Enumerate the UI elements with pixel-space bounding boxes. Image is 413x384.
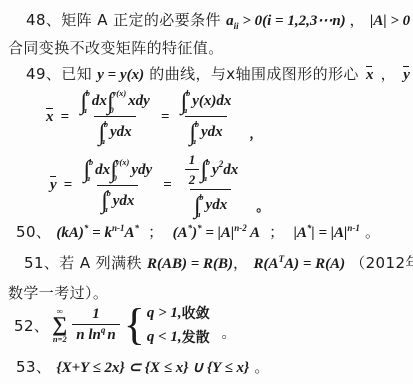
integrand: dx — [92, 93, 107, 110]
numerator: ∫ba y(x)dx — [176, 88, 235, 116]
integral: ∫y(x)0 — [107, 88, 126, 115]
equals-sign: = — [161, 109, 170, 126]
lower-limit: a — [86, 174, 93, 183]
item-53-number: 53、 — [16, 358, 51, 376]
item-52-line: 52、 ∞ ∑ n=2 1 n lnqn { q > 1,收敛 q < 1,发散… — [14, 303, 236, 347]
summation: ∞ ∑ n=2 — [52, 307, 67, 344]
upper-limit: b — [107, 189, 111, 198]
separator-comma: ， — [349, 11, 364, 29]
math-var-x: x — [366, 67, 374, 83]
lower-limit: 0 — [109, 106, 126, 115]
fraction-1: ∫ba dx ∫y(x)0 ydy ∫ba ydx — [79, 157, 156, 215]
case-1-label: 收敛 — [182, 303, 210, 323]
integrand: dx — [223, 162, 238, 179]
half-denominator: 2 — [185, 169, 200, 188]
item-51-text: 51、若 A 列满秩 — [24, 254, 142, 272]
case-converge: q > 1,收敛 — [147, 303, 210, 323]
integral: ∫ba — [180, 88, 190, 115]
exp-n-2: n-2 — [234, 223, 247, 233]
item-48-text: 48、矩阵 A 正定的必要条件 — [26, 11, 221, 29]
item-51-line-1: 51、若 A 列满秩 R(AB) = R(B)， R(ATA) = R(A) （… — [24, 252, 413, 273]
math-var-x: x — [46, 109, 54, 125]
integrand: ydy — [131, 162, 152, 179]
denominator: ∫ba ydx — [185, 116, 227, 146]
lower-limit: a — [83, 106, 90, 115]
item-48-text-2: 合同变换不改变矩阵的特征值。 — [8, 39, 224, 57]
math-aii-rest: > 0(i = 1,2,3⋯n) — [242, 13, 345, 29]
equals-sign: = — [64, 177, 73, 194]
item-48-line-2: 合同变换不改变矩阵的特征值。 — [8, 37, 224, 58]
numerator: 1 2 ∫ba y2dx — [179, 152, 243, 189]
math-RA: R(A — [254, 256, 279, 272]
cases-brace: { — [124, 306, 145, 343]
integral-limits: ba — [104, 119, 108, 146]
upper-limit: y(x) — [116, 158, 130, 167]
item-52-number: 52、 — [14, 315, 49, 336]
fraction-2: 1 2 ∫ba y2dx ∫ba ydx — [179, 152, 243, 219]
upper-limit: b — [206, 158, 210, 167]
math-event-sets: {X+Y ≤ 2x} ⊂ {X ≤ x} ∪ {Y ≤ x} — [56, 360, 249, 376]
fraction-1: ∫ba dx ∫y(x)0 xdy ∫ba ydx — [76, 88, 154, 146]
integrand: y — [212, 162, 219, 179]
equals-sign: = — [61, 109, 70, 126]
integral: ∫ba — [200, 157, 210, 184]
item-53-line: 53、 {X+Y ≤ 2x} ⊂ {X ≤ x} ∪ {Y ≤ x} 。 — [16, 356, 270, 377]
item-48-line-1: 48、矩阵 A 正定的必要条件 aii > 0(i = 1,2,3⋯n) ， |… — [26, 9, 413, 30]
integrand: xdy — [128, 93, 150, 110]
case-2-condition: q < 1, — [147, 329, 182, 346]
integral: ∫ba — [83, 157, 93, 184]
item-51-text-2: 数学一考过）。 — [8, 284, 108, 302]
integral-limits: ba — [195, 119, 199, 146]
item-51-year: （2012年 — [350, 254, 413, 272]
trailing-period: 。 — [256, 196, 269, 215]
item-49-text: 49、已知 — [26, 65, 92, 83]
upper-limit: b — [89, 158, 93, 167]
upper-limit: b — [86, 89, 90, 98]
math-rank-1: R(AB) = R(B) — [147, 256, 233, 272]
exp-n-1: n-1 — [112, 223, 125, 233]
separator-semicolon: ； — [148, 223, 163, 241]
lower-limit: a — [104, 205, 111, 214]
trailing-comma: ， — [249, 123, 262, 142]
exp-q: q — [101, 325, 106, 335]
lower-limit: a — [203, 174, 210, 183]
integral-limits: ba — [186, 88, 190, 115]
denominator: ∫ba ydx — [97, 185, 139, 215]
cases-rows: q > 1,收敛 q < 1,发散 — [147, 303, 210, 347]
integral-limits: ba — [89, 157, 93, 184]
xbar-lhs: x — [44, 109, 56, 126]
math-k: = k — [92, 225, 112, 241]
math-curve: y = y(x) — [97, 67, 144, 83]
math-aii-condition: aii > 0(i = 1,2,3⋯n) — [226, 13, 349, 29]
integral: ∫ba — [189, 119, 199, 146]
upper-limit: b — [186, 89, 190, 98]
upper-limit: b — [199, 193, 203, 202]
fraction-2: ∫ba y(x)dx ∫ba ydx — [176, 88, 235, 146]
integral-limits: ba — [86, 88, 90, 115]
lower-limit: a — [183, 106, 190, 115]
item-49-line: 49、已知 y = y(x) 的曲线，与x轴围成图形的形心 x ， y ， — [26, 63, 413, 84]
upper-limit: b — [104, 120, 108, 129]
math-rank-rest: A) = R(A) — [284, 256, 345, 272]
math-nln: n ln — [76, 327, 101, 344]
integral-limits: y(x)0 — [112, 88, 126, 115]
math-detA: = |A| — [205, 225, 234, 241]
integrand: ydx — [110, 124, 132, 141]
math-n: n — [107, 327, 115, 344]
integral: ∫y(x)0 — [110, 157, 129, 184]
star-sup: * — [307, 223, 312, 233]
denominator: ∫ba ydx — [190, 189, 232, 219]
star-sup: * — [134, 223, 139, 233]
item-51-line-2: 数学一考过）。 — [8, 282, 108, 303]
numerator: ∫ba dx ∫y(x)0 xdy — [76, 88, 154, 116]
case-2-label: 发散 — [182, 327, 210, 347]
lower-limit: a — [192, 137, 199, 146]
trailing-period: 。 — [254, 358, 269, 376]
star-sup: * — [188, 223, 193, 233]
math-rank-2: R(ATA) = R(A) — [254, 256, 346, 272]
math-A: A — [124, 225, 134, 241]
case-1-condition: q > 1, — [147, 305, 182, 322]
half-numerator: 1 — [185, 152, 200, 169]
lower-limit: 0 — [113, 174, 130, 183]
math-sub-ii: ii — [234, 21, 239, 31]
math-det-positive: |A| > 0 — [370, 13, 410, 29]
math-var-y: y — [403, 67, 410, 83]
denominator: n lnqn — [72, 324, 119, 344]
math-detA: | = |A| — [311, 225, 347, 241]
item-50-number: 50、 — [16, 223, 51, 241]
integrand: ydx — [113, 193, 135, 210]
integrand: ydx — [206, 197, 228, 214]
one-half-fraction: 1 2 — [185, 152, 200, 188]
trailing-period: 。 — [222, 323, 236, 343]
integrand: ydx — [201, 124, 223, 141]
ybar-lhs: y — [48, 177, 59, 194]
case-diverge: q < 1,发散 — [147, 327, 210, 347]
trailing-period: 。 — [365, 223, 380, 241]
formula-xbar: x = ∫ba dx ∫y(x)0 xdy ∫ba ydx = ∫ba y(x)… — [44, 88, 262, 146]
math-xbar: x — [364, 67, 376, 84]
sigma-symbol: ∑ — [52, 315, 67, 335]
upper-limit: y(x) — [112, 89, 126, 98]
exp-n-1: n-1 — [347, 223, 360, 233]
separator-semicolon: ； — [269, 223, 284, 241]
integral-limits: y(x)0 — [116, 157, 130, 184]
sum-lower-limit: n=2 — [53, 335, 67, 344]
integral-limits: ba — [199, 192, 203, 219]
upper-limit: b — [195, 120, 199, 129]
item-49-text-2: 的曲线，与x轴围成图形的形心 — [149, 65, 358, 83]
separator-comma: ， — [233, 254, 248, 272]
math-var-y: y — [50, 177, 57, 193]
integrand: y(x)dx — [192, 93, 231, 110]
lower-limit: a — [196, 210, 203, 219]
cases-block: { q > 1,收敛 q < 1,发散 — [124, 303, 210, 347]
math-kA: (kA) — [56, 225, 84, 241]
math-detAstar: |A — [294, 225, 307, 241]
star-sup: * — [84, 223, 89, 233]
integral: ∫ba — [98, 119, 108, 146]
integral-limits: ba — [107, 188, 111, 215]
integral-limits: ba — [206, 157, 210, 184]
equals-sign: = — [163, 177, 172, 194]
integral: ∫ba — [194, 192, 204, 219]
math-adjugate-3: |A*| = |A|n-1 — [294, 225, 360, 241]
separator-comma: ， — [381, 65, 396, 83]
numerator: ∫ba dx ∫y(x)0 ydy — [79, 157, 156, 185]
integral: ∫ba — [80, 88, 90, 115]
transpose-sup: T — [279, 254, 285, 264]
formula-ybar: y = ∫ba dx ∫y(x)0 ydy ∫ba ydx = 1 2 ∫ba — [48, 152, 269, 219]
math-A: A — [250, 225, 260, 241]
numerator: 1 — [88, 306, 104, 324]
integrand: dx — [95, 162, 110, 179]
item-50-line: 50、 (kA)* = kn-1A* ； (A*)* = |A|n-2 A ； … — [16, 221, 380, 242]
lower-limit: a — [101, 137, 108, 146]
integral: ∫ba — [101, 188, 111, 215]
math-ybar: y — [401, 67, 412, 84]
math-adjugate-1: (kA)* = kn-1A* — [56, 225, 139, 241]
math-Astar: (A — [173, 225, 188, 241]
math-var-a: a — [226, 13, 234, 29]
star-sup: * — [197, 223, 202, 233]
math-adjugate-2: (A*)* = |A|n-2 A — [173, 225, 260, 241]
exponent-2: 2 — [219, 159, 224, 169]
denominator: ∫ba ydx — [94, 116, 136, 146]
series-term-fraction: 1 n lnqn — [72, 306, 119, 344]
